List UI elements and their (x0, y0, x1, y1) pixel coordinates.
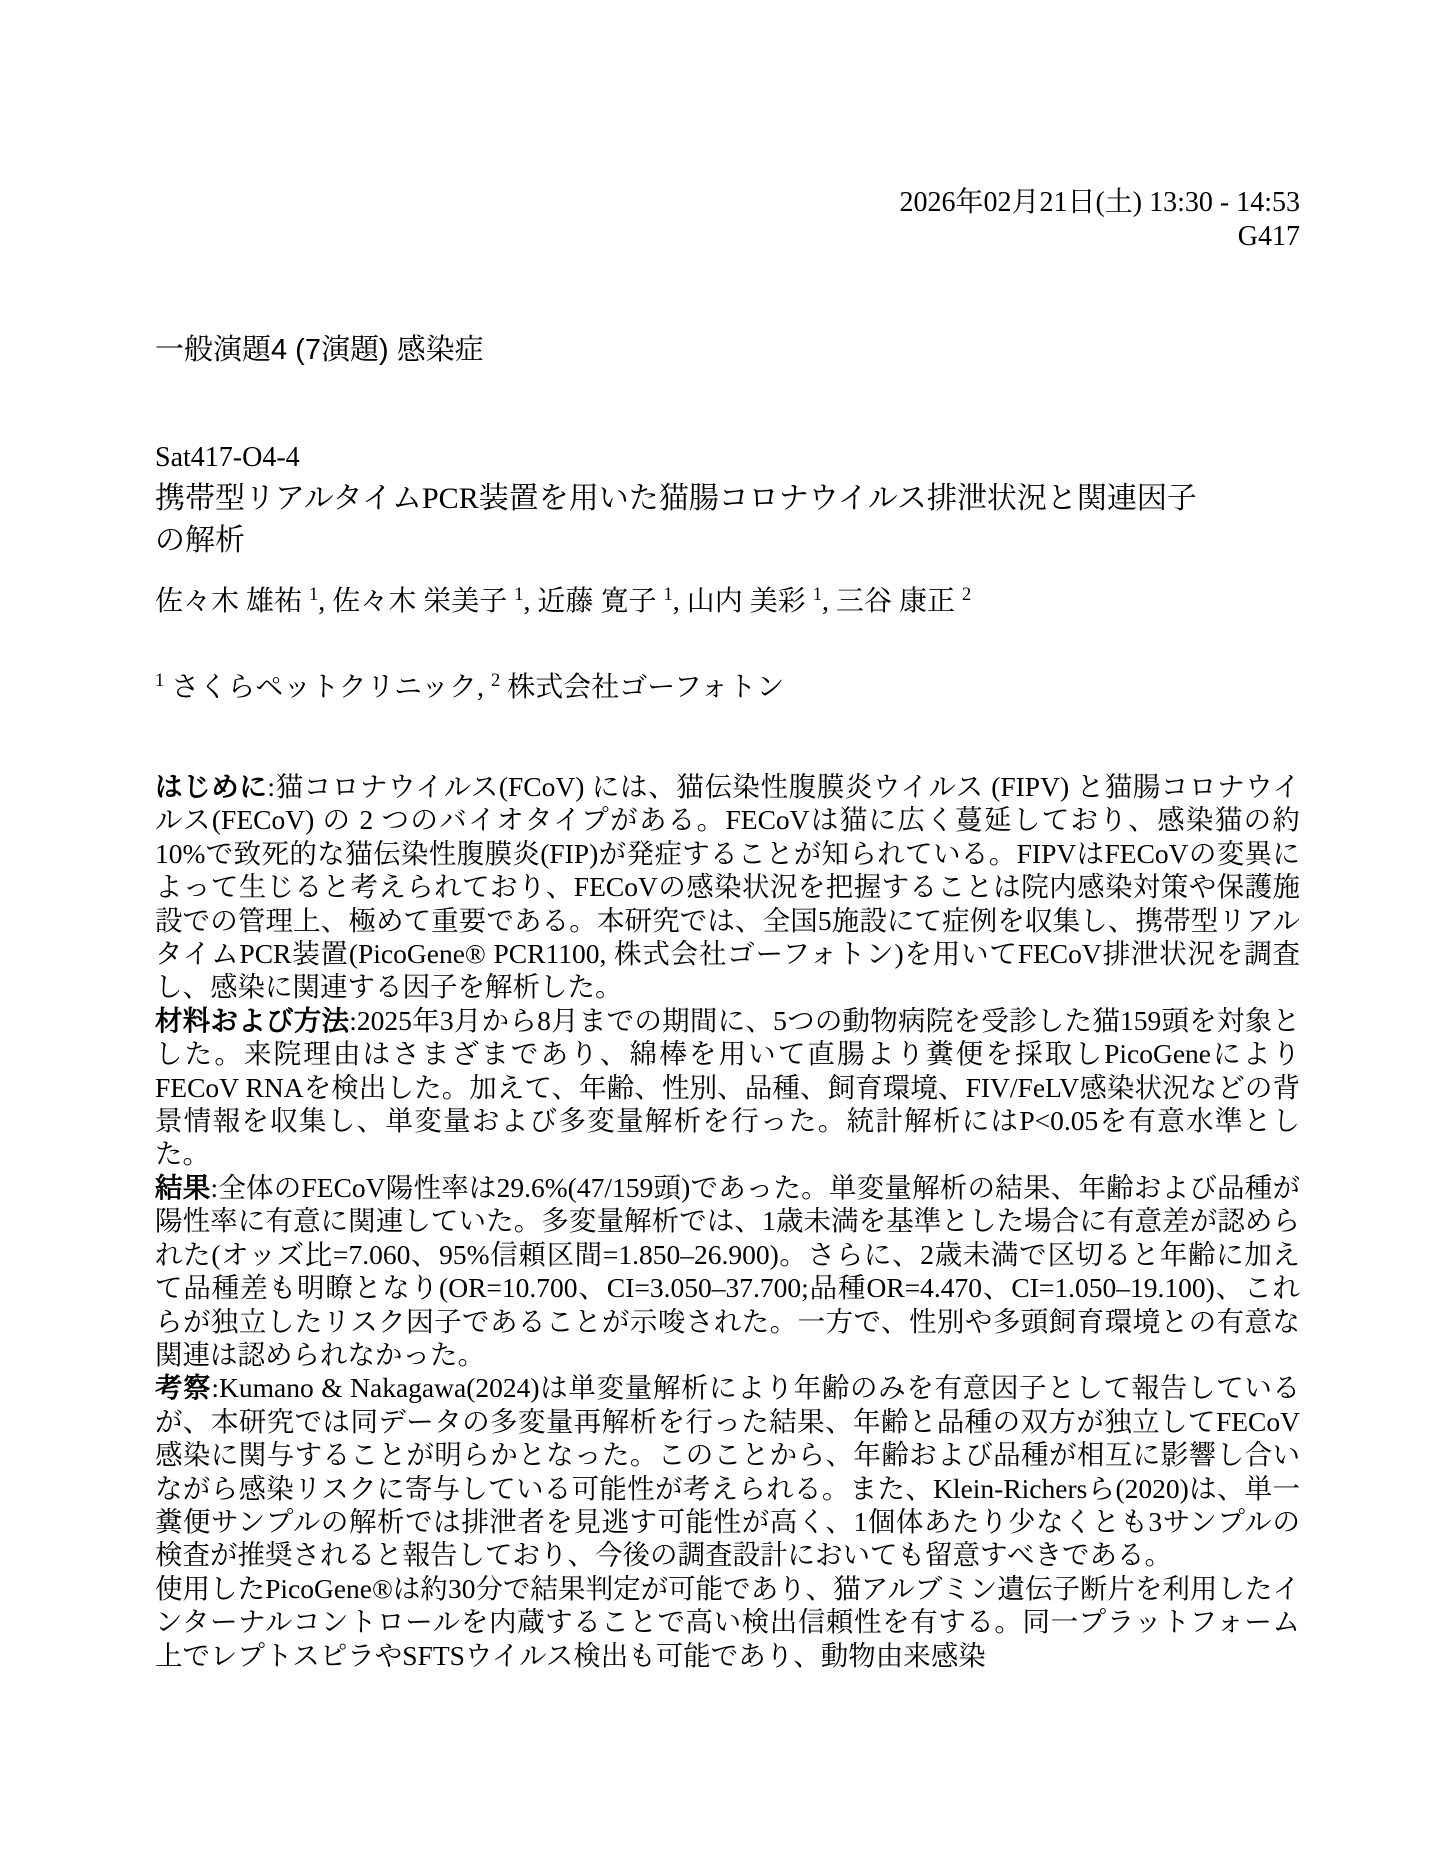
author-name: 佐々木 栄美子 (332, 586, 507, 617)
author-name: 佐々木 雄祐 (155, 586, 302, 617)
abstract-section: はじめに:猫コロナウイルス(FCoV) には、猫伝染性腹膜炎ウイルス (FIPV… (155, 770, 1300, 1004)
abstract-section: 結果:全体のFECoV陽性率は29.6%(47/159頭)であった。単変量解析の… (155, 1171, 1300, 1371)
author: 山内 美彩 1 (687, 586, 822, 617)
affiliation-list: 1 さくらペットクリニック, 2 株式会社ゴーフォトン (155, 670, 1300, 706)
affiliation-name: さくらペットクリニック (171, 672, 477, 703)
author-name: 三谷 康正 (836, 586, 955, 617)
section-label: 考察 (155, 1372, 211, 1403)
affiliation: 1 さくらペットクリニック (155, 672, 477, 703)
abstract-id: Sat417-O4-4 (155, 438, 1300, 478)
author-affiliation-ref: 1 (514, 584, 523, 604)
author-affiliation-ref: 1 (813, 584, 822, 604)
author-name: 山内 美彩 (687, 586, 806, 617)
affiliation: 2 株式会社ゴーフォトン (491, 672, 784, 703)
abstract-section: 使用したPicoGene®は約30分で結果判定が可能であり、猫アルブミン遺伝子断… (155, 1572, 1300, 1672)
author-affiliation-ref: 1 (309, 584, 318, 604)
section-label: はじめに (155, 771, 267, 802)
abstract-page: 2026年02月21日(土) 13:30 - 14:53 G417 一般演題4 … (0, 0, 1440, 1863)
section-label: 結果 (155, 1172, 210, 1203)
session-room: G417 (155, 220, 1300, 254)
session-header: 2026年02月21日(土) 13:30 - 14:53 G417 (155, 186, 1300, 254)
author-name: 近藤 寛子 (538, 586, 657, 617)
abstract-title: 携帯型リアルタイムPCR装置を用いた猫腸コロナウイルス排泄状況と関連因子の解析 (155, 478, 1220, 562)
affiliation-number: 2 (491, 670, 500, 690)
abstract-section: 材料および方法:2025年3月から8月までの期間に、5つの動物病院を受診した猫1… (155, 1004, 1300, 1171)
section-label: 材料および方法 (155, 1005, 349, 1036)
abstract-body: はじめに:猫コロナウイルス(FCoV) には、猫伝染性腹膜炎ウイルス (FIPV… (155, 770, 1300, 1672)
author: 佐々木 栄美子 1 (332, 586, 523, 617)
author: 佐々木 雄祐 1 (155, 586, 318, 617)
session-title: 一般演題4 (7演題) 感染症 (155, 332, 1300, 368)
abstract-section: 考察:Kumano & Nakagawa(2024)は単変量解析により年齢のみを… (155, 1371, 1300, 1571)
session-datetime: 2026年02月21日(土) 13:30 - 14:53 (155, 186, 1300, 220)
affiliation-number: 1 (155, 670, 164, 690)
author: 近藤 寛子 1 (538, 586, 673, 617)
affiliation-name: 株式会社ゴーフォトン (507, 672, 784, 703)
author-list: 佐々木 雄祐 1, 佐々木 栄美子 1, 近藤 寛子 1, 山内 美彩 1, 三… (155, 584, 1300, 620)
author-affiliation-ref: 1 (664, 584, 673, 604)
author-affiliation-ref: 2 (962, 584, 971, 604)
author: 三谷 康正 2 (836, 586, 971, 617)
